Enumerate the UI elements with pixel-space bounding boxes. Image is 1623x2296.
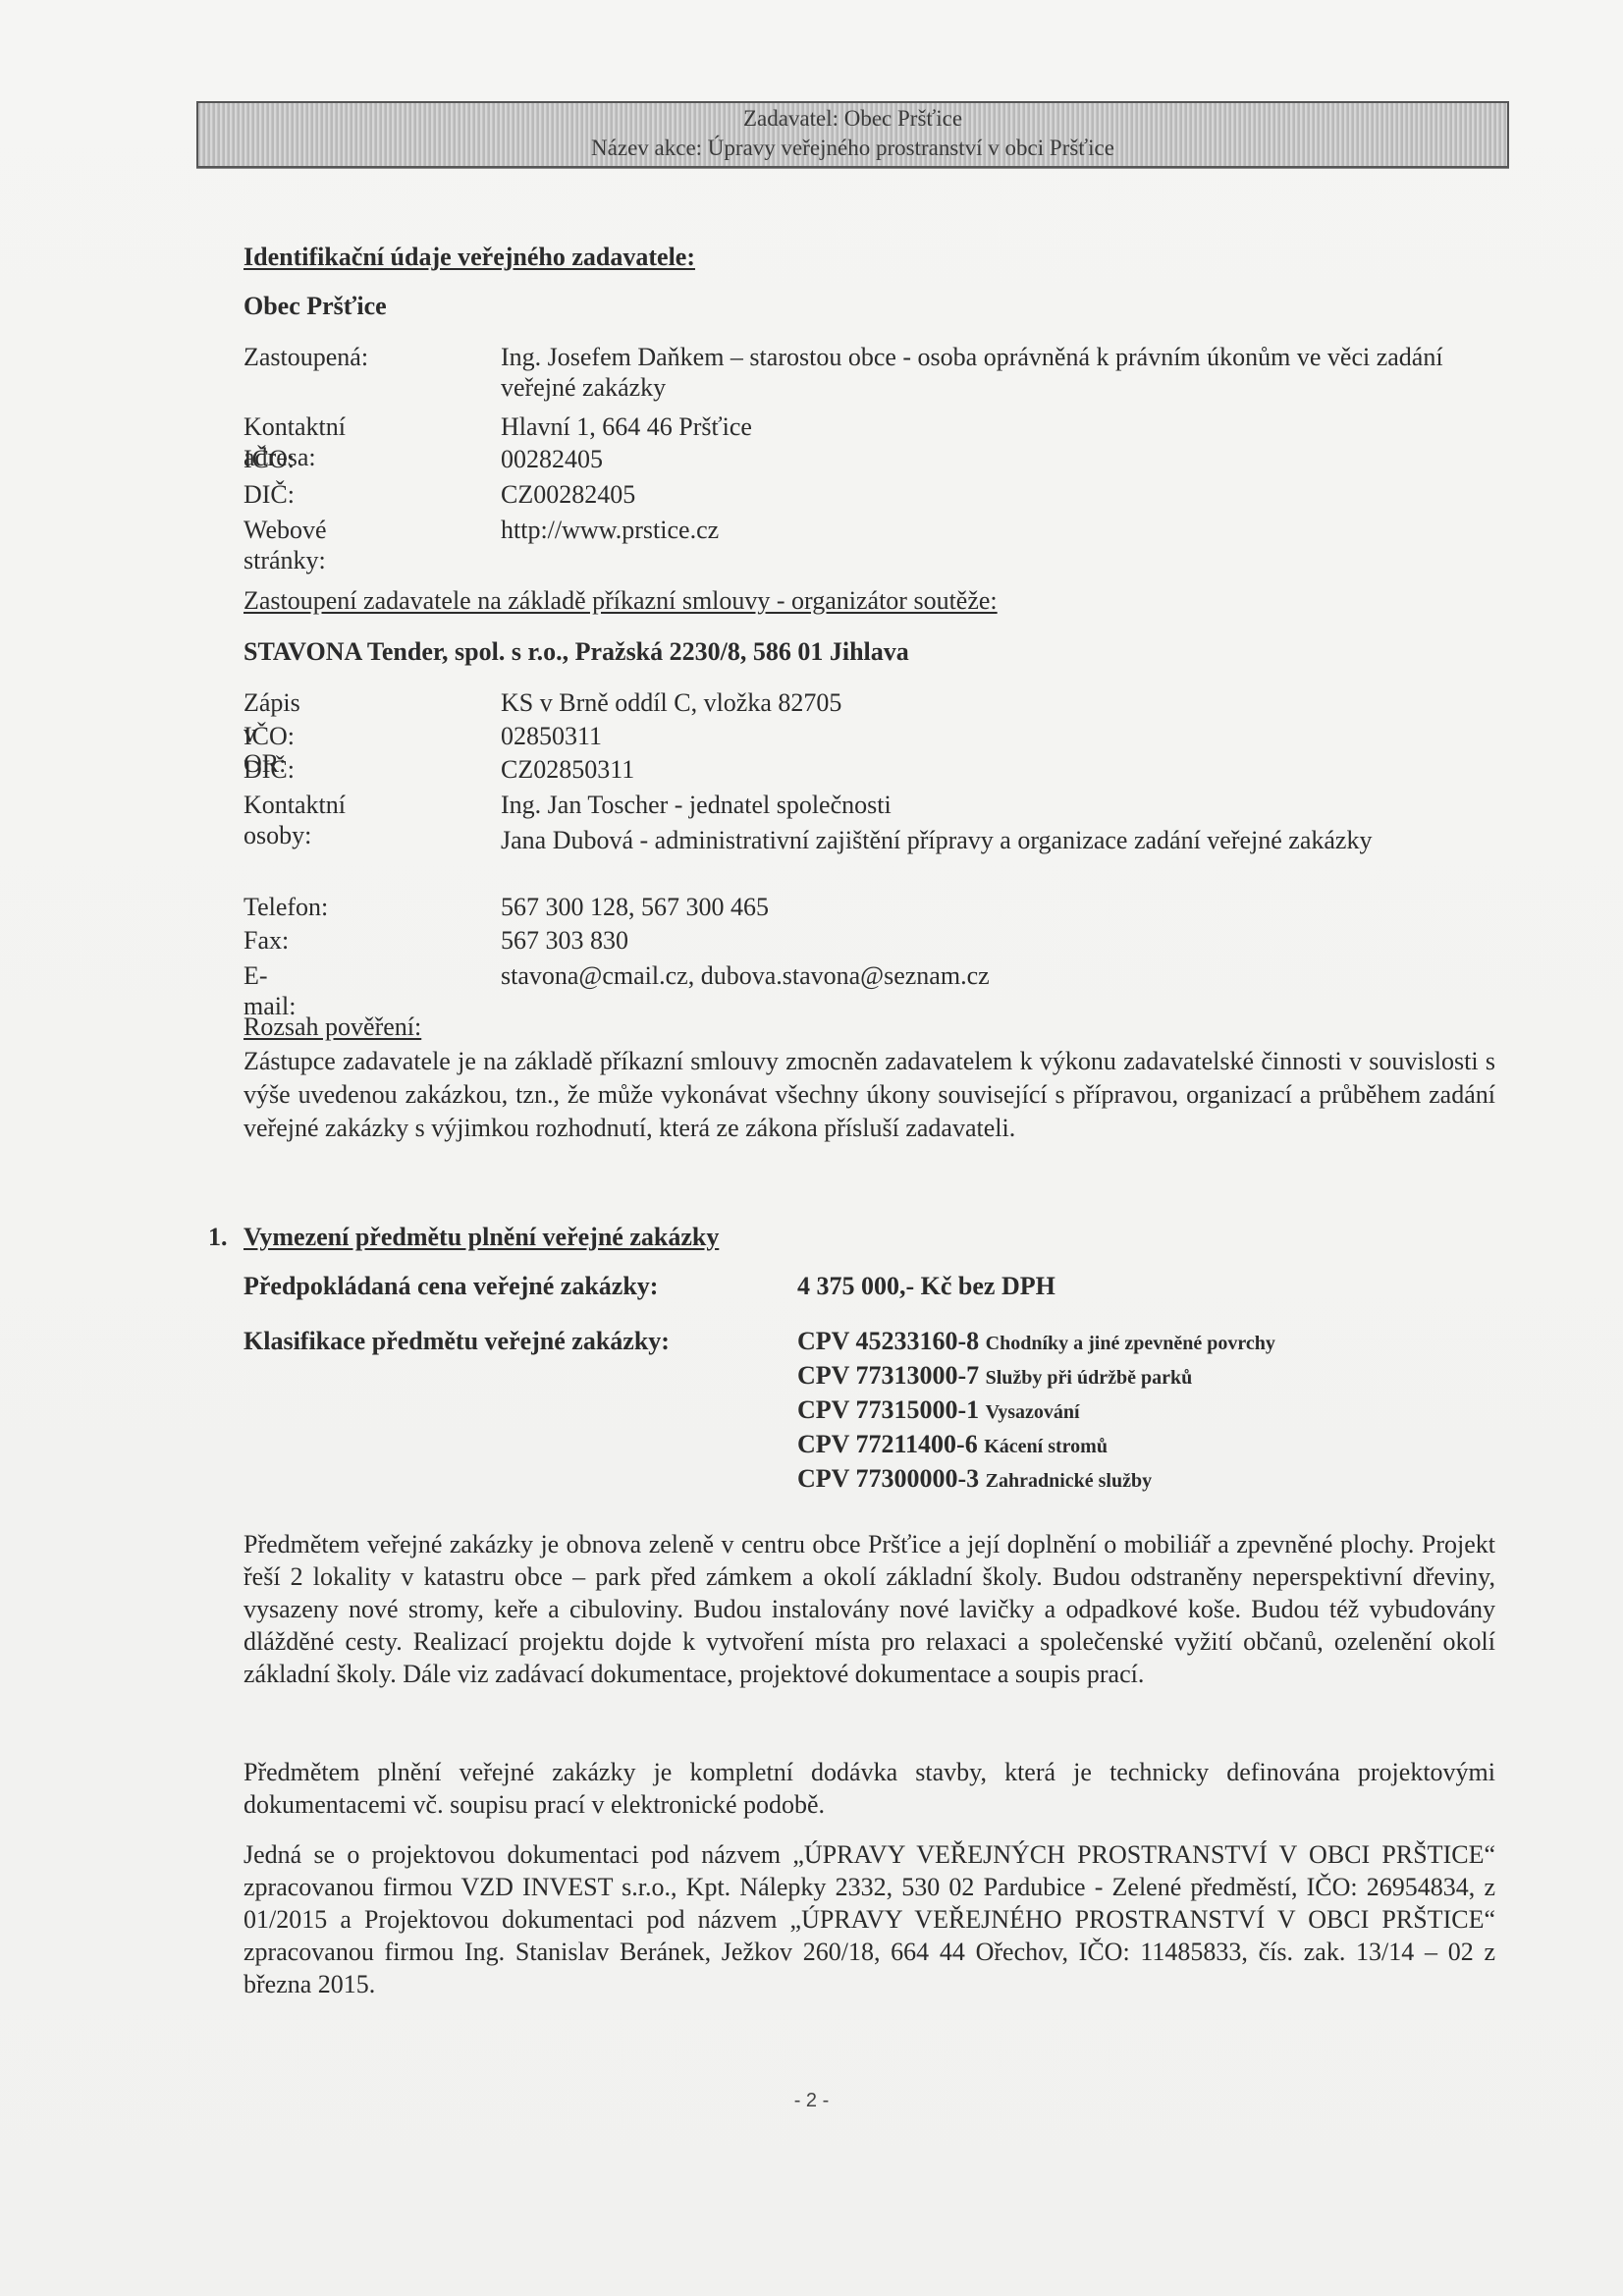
cpv-item: CPV 77313000-7 Služby při údržbě parků [797, 1360, 1192, 1394]
cpv-code: CPV 77211400-6 [797, 1430, 978, 1458]
cpv-code: CPV 77313000-7 [797, 1361, 979, 1390]
subject-paragraph: Předmětem veřejné zakázky je obnova zele… [243, 1528, 1495, 1690]
field-label: IČO: [243, 444, 295, 474]
field-value: Jana Dubová - administrativní zajištění … [501, 825, 1495, 855]
page-number: - 2 - [0, 2090, 1623, 2112]
field-label: DIČ: [243, 754, 295, 785]
field-label: Kontaktní osoby: [243, 790, 346, 850]
cpv-item: CPV 77211400-6 Kácení stromů [797, 1429, 1108, 1462]
cpv-item: CPV 77300000-3 Zahradnické služby [797, 1463, 1152, 1497]
header-contracting-authority: Zadavatel: Obec Pršťice [198, 105, 1507, 133]
field-value: 02850311 [501, 721, 1495, 751]
email-links[interactable]: stavona@cmail.cz, dubova.stavona@seznam.… [501, 960, 1495, 991]
price-label: Předpokládaná cena veřejné zakázky: [243, 1271, 658, 1301]
subject-paragraph: Jedná se o projektovou dokumentaci pod n… [243, 1838, 1495, 2000]
field-label: Webové stránky: [243, 515, 327, 575]
field-label: Zastoupená: [243, 342, 368, 372]
cpv-description: Vysazování [986, 1401, 1080, 1423]
field-value: Ing. Josefem Daňkem – starostou obce - o… [501, 342, 1495, 403]
subject-paragraph: Předmětem plnění veřejné zakázky je komp… [243, 1756, 1495, 1821]
field-value: 567 300 128, 567 300 465 [501, 892, 1495, 922]
price-value: 4 375 000,- Kč bez DPH [797, 1271, 1055, 1301]
cpv-code: CPV 77315000-1 [797, 1395, 979, 1424]
mandate-text: Zástupce zadavatele je na základě příkaz… [243, 1045, 1495, 1145]
organizer-name: STAVONA Tender, spol. s r.o., Pražská 22… [243, 636, 909, 667]
cpv-item: CPV 45233160-8 Chodníky a jiné zpevněné … [797, 1326, 1275, 1359]
document-header-band: Zadavatel: Obec Pršťice Název akce: Úpra… [196, 101, 1509, 168]
contracting-authority-heading: Identifikační údaje veřejného zadavatele… [243, 242, 695, 272]
cpv-description: Kácení stromů [984, 1436, 1108, 1457]
field-value: CZ00282405 [501, 479, 1495, 510]
cpv-code: CPV 45233160-8 [797, 1327, 979, 1355]
cpv-description: Služby při údržbě parků [986, 1367, 1193, 1389]
website-link[interactable]: http://www.prstice.cz [501, 515, 1495, 545]
document-page: Zadavatel: Obec Pršťice Název akce: Úpra… [0, 0, 1623, 2296]
mandate-heading: Rozsah pověření: [243, 1011, 421, 1042]
field-value: KS v Brně oddíl C, vložka 82705 [501, 687, 1495, 718]
header-project-name: Název akce: Úpravy veřejného prostranstv… [198, 135, 1507, 162]
section-heading: Vymezení předmětu plnění veřejné zakázky [243, 1222, 719, 1252]
field-value: CZ02850311 [501, 754, 1495, 785]
field-label: Fax: [243, 925, 289, 956]
field-value: 567 303 830 [501, 925, 1495, 956]
organizer-heading: Zastoupení zadavatele na základě příkazn… [243, 585, 998, 616]
field-label: DIČ: [243, 479, 295, 510]
cpv-description: Chodníky a jiné zpevněné povrchy [986, 1333, 1275, 1354]
contracting-authority-name: Obec Pršťice [243, 291, 387, 321]
field-label: Telefon: [243, 892, 328, 922]
classification-label: Klasifikace předmětu veřejné zakázky: [243, 1326, 670, 1356]
field-value: Ing. Jan Toscher - jednatel společnosti [501, 790, 1495, 820]
cpv-description: Zahradnické služby [986, 1470, 1152, 1492]
field-value: Hlavní 1, 664 46 Pršťice [501, 411, 1495, 442]
cpv-code: CPV 77300000-3 [797, 1464, 979, 1493]
field-label: IČO: [243, 721, 295, 751]
cpv-item: CPV 77315000-1 Vysazování [797, 1394, 1080, 1428]
section-number: 1. [208, 1222, 228, 1252]
field-value: 00282405 [501, 444, 1495, 474]
